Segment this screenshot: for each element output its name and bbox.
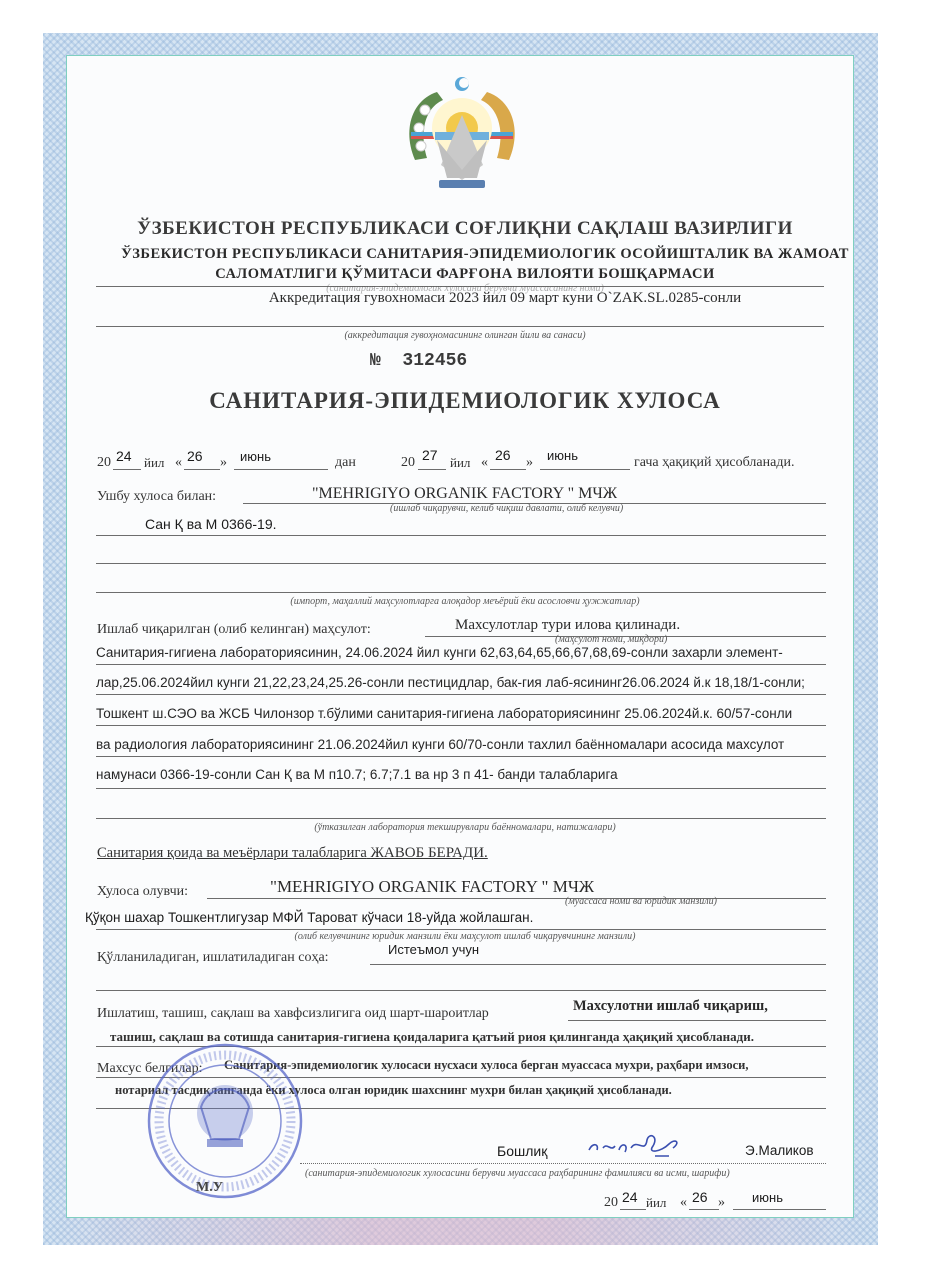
recipient-caption: (муассаса номи ва юридик манзили) [565, 896, 717, 907]
security-border-tint [43, 1218, 878, 1245]
year-word: йил [144, 455, 164, 471]
accreditation-text: Аккредитация гувохномаси 2023 йил 09 мар… [0, 290, 930, 307]
year-word: йил [646, 1195, 666, 1211]
issue-date-year: 24 [622, 1189, 638, 1205]
lab-results-line: Тошкент ш.СЭО ва ЖСБ Чилонзор т.бўлими с… [96, 706, 792, 721]
recipient-company: "MEHRIGIYO ORGANIK FACTORY " МЧЖ [270, 877, 594, 897]
quote-close: » [526, 455, 533, 471]
basis-label: Ушбу хулоса билан: [97, 489, 216, 505]
basis-company: "MEHRIGIYO ORGANIK FACTORY " МЧЖ [312, 485, 617, 503]
number-sign: № [370, 351, 381, 371]
issue-date-prefix: 20 [604, 1195, 618, 1211]
lab-results-line: Санитария-гигиена лабораториясинин, 24.0… [96, 645, 783, 660]
basis-normative: Сан Қ ва М 0366-19. [145, 516, 277, 532]
basis-normative-caption: (импорт, маҳаллий маҳсулотларга алоқадор… [0, 596, 930, 607]
number-value: 312456 [402, 351, 467, 371]
validity-to-month: июнь [547, 448, 578, 463]
year-word: йил [450, 455, 470, 471]
quote-open: « [175, 455, 182, 471]
issue-date-month: июнь [752, 1190, 783, 1205]
compliance-statement: Санитария қоида ва меъёрлари талабларига… [97, 845, 488, 862]
document-number: № 312456 [370, 351, 467, 371]
compliance-verdict: ЖАВОБ БЕРАДИ. [370, 845, 487, 861]
validity-from-prefix: 20 [97, 455, 111, 471]
document-title: САНИТАРИЯ-ЭПИДЕМИОЛОГИК ХУЛОСА [0, 388, 930, 414]
lab-results-line: лар,25.06.2024йил кунги 21,22,23,24,25.2… [96, 675, 805, 690]
validity-from-month: июнь [240, 449, 271, 464]
validity-to-suffix: гача ҳақиқий ҳисобланади. [634, 455, 794, 471]
validity-to-prefix: 20 [401, 455, 415, 471]
accreditation-underline [96, 326, 824, 327]
recipient-label: Хулоса олувчи: [97, 884, 188, 900]
product-value: Махсулотлар тури илова қилинади. [455, 617, 680, 634]
conditions-label: Ишлатиш, ташиш, сақлаш ва хавфсизлигига … [97, 1006, 489, 1022]
lab-results-line: ва радиология лабораториясининг 21.06.20… [96, 737, 784, 752]
lab-results-caption: (ўтказилган лаборатория текширувлари баё… [0, 822, 930, 833]
quote-close: » [220, 455, 227, 471]
handwritten-signature-icon [585, 1128, 695, 1164]
ministry-heading: ЎЗБЕКИСТОН РЕСПУБЛИКАСИ СОҒЛИҚНИ САҚЛАШ … [0, 218, 930, 240]
validity-from-year: 24 [116, 448, 132, 464]
quote-open: « [481, 455, 488, 471]
committee-heading-line2: САЛОМАТЛИГИ ҚЎМИТАСИ ФАРҒОНА ВИЛОЯТИ БОШ… [0, 266, 930, 283]
signature-caption: (санитария-эпидемиологик хулосасини беру… [305, 1168, 730, 1179]
quote-close: » [718, 1195, 725, 1211]
lab-results-line: намунаси 0366-19-сонли Сан Қ ва М п10.7;… [96, 767, 618, 782]
issue-date-day: 26 [692, 1189, 708, 1205]
committee-heading-line1: ЎЗБЕКИСТОН РЕСПУБЛИКАСИ САНИТАРИЯ-ЭПИДЕМ… [0, 246, 930, 263]
validity-from-day: 26 [187, 448, 203, 464]
signature-role: Бошлиқ [497, 1143, 547, 1159]
product-label: Ишлаб чиқарилган (олиб келинган) маҳсуло… [97, 622, 371, 638]
official-round-stamp-icon [143, 1043, 308, 1203]
usage-label: Қўлланиладиган, ишлатиладиган соҳа: [97, 950, 329, 966]
quote-open: « [680, 1195, 687, 1211]
compliance-text: Санитария қоида ва меъёрлари талабларига [97, 845, 367, 861]
product-caption: (маҳсулот номи, миқдори) [555, 634, 667, 645]
basis-caption: (ишлаб чиқарувчи, келиб чиқиш давлати, о… [390, 503, 623, 514]
validity-to-year: 27 [422, 447, 438, 463]
conditions-value-line1: Махсулотни ишлаб чиқариш, [573, 998, 768, 1015]
accreditation-caption: (аккредитация гувоҳномасининг олинган йи… [0, 330, 930, 341]
validity-from-suffix: дан [335, 455, 356, 471]
usage-value: Истеъмол учун [388, 942, 479, 957]
signatory-name: Э.Маликов [745, 1143, 814, 1158]
recipient-address-caption: (олиб келувчининг юридик манзили ёки маҳ… [0, 931, 930, 942]
stamp-label: М.У [196, 1180, 223, 1196]
uzbekistan-state-emblem-icon [397, 70, 527, 200]
validity-to-day: 26 [495, 447, 511, 463]
recipient-address: Қўқон шахар Тошкентлигузар МФЙ Тароват к… [85, 910, 533, 925]
